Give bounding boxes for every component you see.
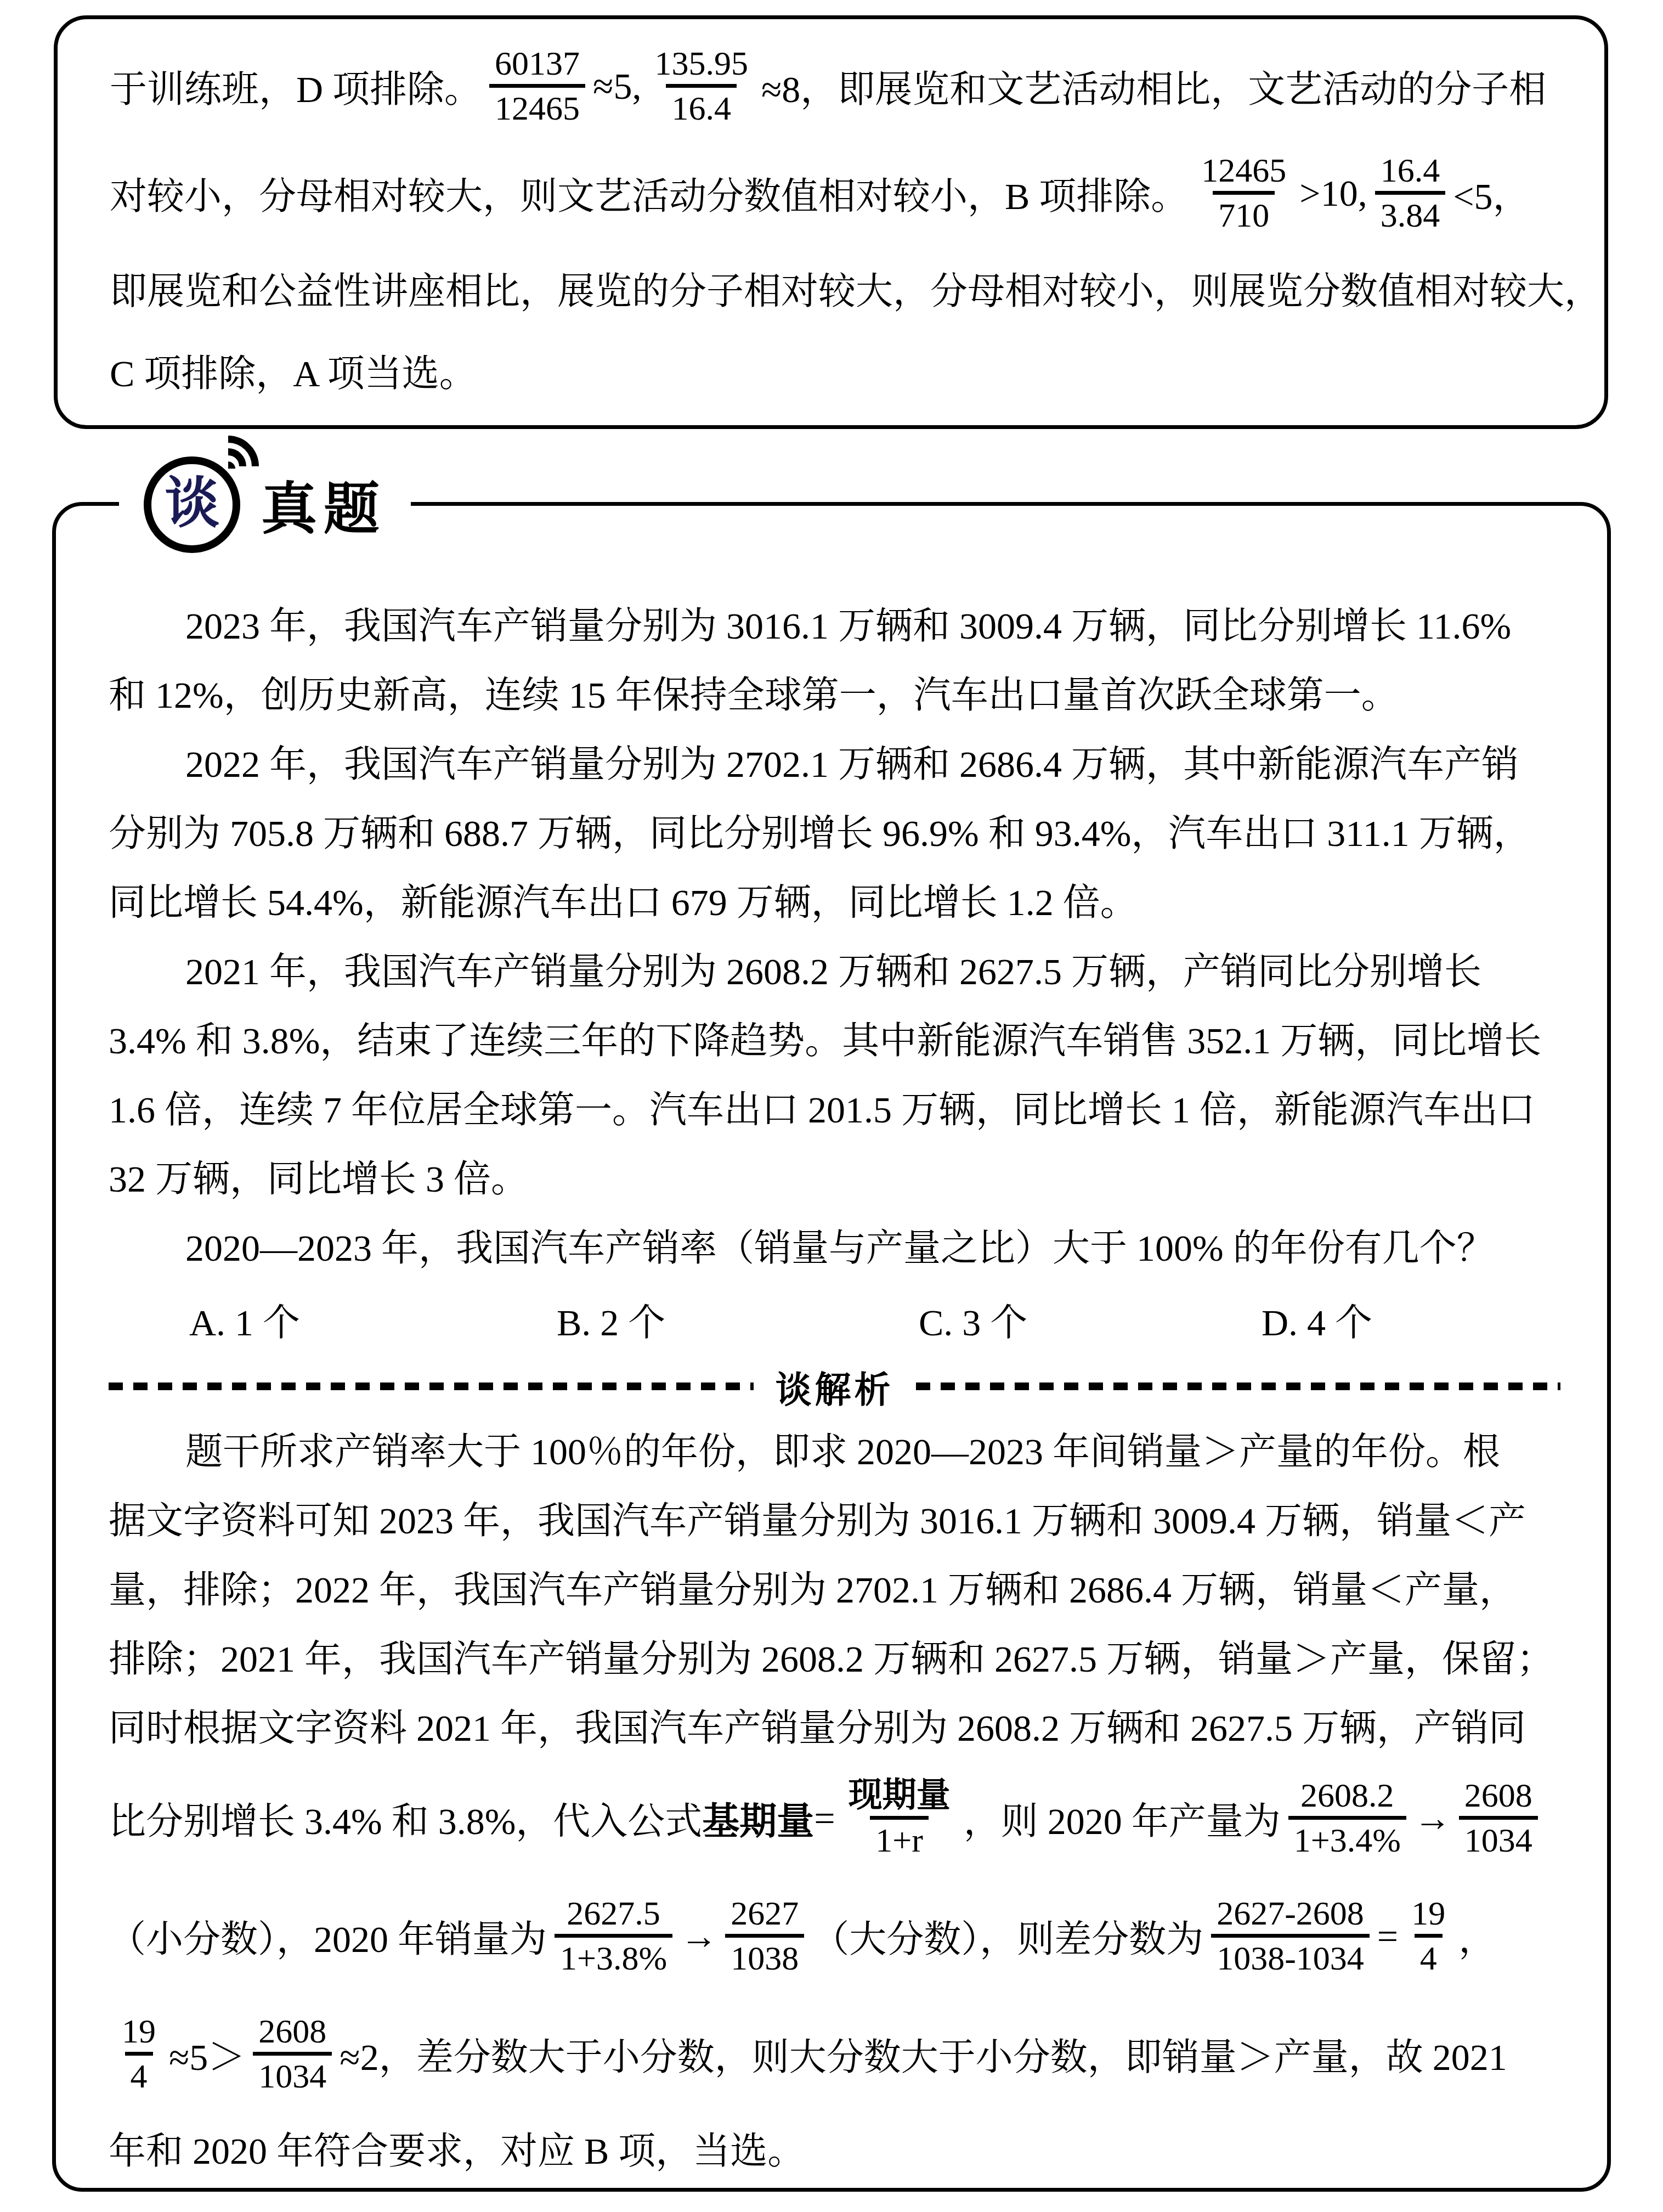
fraction: 12465710: [1196, 152, 1292, 235]
fraction-numerator: 19: [1406, 1895, 1451, 1934]
fraction: 194: [116, 2013, 161, 2096]
fraction-numerator: 2627.5: [561, 1895, 666, 1934]
fraction-denominator: 1+r: [870, 1816, 929, 1860]
section-body: 2023 年，我国汽车产销量分别为 3016.1 万辆和 3009.4 万辆，同…: [109, 588, 1560, 2182]
fraction-denominator: 12465: [489, 84, 585, 128]
text-segment: ≈8，即展览和文艺活动相比，文艺活动的分子相: [761, 60, 1546, 113]
text-line: 比分别增长 3.4% 和 3.8%，代入公式基期量=现期量1+r，则 2020 …: [109, 1759, 1560, 1877]
fraction-denominator: 1034: [1459, 1816, 1538, 1860]
text-segment: 比分别增长 3.4% 和 3.8%，代入公式: [109, 1792, 702, 1845]
fraction-denominator: 1+3.8%: [555, 1934, 672, 1978]
text-line: 32 万辆，同比增长 3 倍。: [109, 1141, 1560, 1210]
text-segment: 同比增长 54.4%，新能源汽车出口 679 万辆，同比增长 1.2 倍。: [109, 873, 1138, 926]
text-line: 分别为 705.8 万辆和 688.7 万辆，同比分别增长 96.9% 和 93…: [109, 795, 1560, 865]
fraction-numerator: 2608: [1459, 1777, 1538, 1816]
text-segment: 2020—2023 年，我国汽车产销率（销量与产量之比）大于 100% 的年份有…: [185, 1218, 1494, 1272]
text-line: 据文字资料可知 2023 年，我国汽车产销量分别为 3016.1 万辆和 300…: [109, 1483, 1560, 1552]
fraction-numerator: 现期量: [843, 1777, 956, 1816]
fraction: 2627-26081038-1034: [1211, 1895, 1370, 1978]
fraction-numerator: 12465: [1196, 152, 1292, 191]
text-segment: 基期量: [702, 1792, 814, 1845]
text-line: 3.4% 和 3.8%，结束了连续三年的下降趋势。其中新能源汽车销售 352.1…: [109, 1003, 1560, 1072]
section-header: 谈 真题: [119, 454, 411, 555]
text-segment: 排除；2021 年，我国汽车产销量分别为 2608.2 万辆和 2627.5 万…: [109, 1629, 1554, 1683]
text-segment: ≈5,: [593, 65, 641, 108]
text-segment: ，: [1458, 1910, 1496, 1963]
fraction-denominator: 1034: [253, 2052, 332, 2096]
text-segment: 据文字资料可知 2023 年，我国汽车产销量分别为 3016.1 万辆和 300…: [109, 1491, 1526, 1544]
text-segment: ，则 2020 年产量为: [964, 1792, 1281, 1845]
text-segment: 分别为 705.8 万辆和 688.7 万辆，同比分别增长 96.9% 和 93…: [109, 804, 1531, 857]
fraction-numerator: 19: [116, 2013, 161, 2052]
text-segment: =: [1377, 1915, 1398, 1958]
fraction: 26081034: [1459, 1777, 1538, 1860]
text-segment: 年和 2020 年符合要求，对应 B 项，当选。: [109, 2121, 805, 2175]
logo-character: 谈: [165, 476, 219, 531]
section-title: 真题: [261, 465, 386, 545]
fraction: 现期量1+r: [843, 1777, 956, 1860]
option-B: B. 2 个: [557, 1293, 665, 1346]
text-line: 于训练班，D 项排除。6013712465≈5,135.9516.4≈8，即展览…: [110, 33, 1560, 140]
text-segment: ≈2，差分数大于小分数，则大分数大于小分数，即销量＞产量，故 2021: [340, 2028, 1507, 2081]
text-segment: 32 万辆，同比增长 3 倍。: [109, 1149, 528, 1203]
text-line: 年和 2020 年符合要求，对应 B 项，当选。: [109, 2113, 1560, 2182]
fraction-numerator: 135.95: [649, 45, 754, 84]
fraction-denominator: 4: [125, 2052, 153, 2096]
text-line: 和 12%，创历史新高，连续 15 年保持全球第一，汽车出口量首次跃全球第一。: [109, 657, 1560, 726]
text-segment: =: [814, 1797, 835, 1840]
option-A: A. 1 个: [189, 1293, 300, 1346]
fraction-denominator: 1+3.4%: [1288, 1816, 1406, 1860]
text-segment: <5，: [1453, 167, 1530, 220]
text-segment: 1.6 倍，连续 7 年位居全球第一。汽车出口 201.5 万辆，同比增长 1 …: [109, 1080, 1535, 1133]
fraction-denominator: 1038: [725, 1934, 804, 1978]
text-line: 即展览和公益性讲座相比，展览的分子相对较大，分母相对较小，则展览分数值相对较大，: [110, 247, 1560, 329]
text-segment: →: [680, 1915, 717, 1958]
text-line: 对较小，分母相对较大，则文艺活动分数值相对较小，B 项排除。12465710>1…: [110, 140, 1560, 247]
scanned-textbook-page: { "box1": { "rows": [ {"k":"f","segs":[ …: [0, 0, 1663, 2212]
fraction: 2608.21+3.4%: [1288, 1777, 1406, 1860]
tan-logo-icon: 谈: [144, 456, 240, 553]
text-segment: 同时根据文字资料 2021 年，我国汽车产销量分别为 2608.2 万辆和 26…: [109, 1699, 1526, 1752]
previous-answer-box: 于训练班，D 项排除。6013712465≈5,135.9516.4≈8，即展览…: [54, 15, 1608, 429]
text-line: C 项排除，A 项当选。: [110, 329, 1560, 411]
fraction: 194: [1406, 1895, 1451, 1978]
divider-dash-left: [109, 1383, 754, 1390]
text-line: 排除；2021 年，我国汽车产销量分别为 2608.2 万辆和 2627.5 万…: [109, 1621, 1560, 1690]
text-segment: 3.4% 和 3.8%，结束了连续三年的下降趋势。其中新能源汽车销售 352.1…: [109, 1011, 1541, 1064]
text-line: 题干所求产销率大于 100％的年份，即求 2020—2023 年间销量＞产量的年…: [109, 1414, 1560, 1483]
text-segment: 2021 年，我国汽车产销量分别为 2608.2 万辆和 2627.5 万辆，产…: [185, 942, 1481, 995]
text-segment: 和 12%，创历史新高，连续 15 年保持全球第一，汽车出口量首次跃全球第一。: [109, 665, 1399, 719]
fraction-numerator: 2627: [725, 1895, 804, 1934]
text-segment: 2023 年，我国汽车产销量分别为 3016.1 万辆和 3009.4 万辆，同…: [185, 596, 1511, 650]
text-segment: C 项排除，A 项当选。: [110, 344, 477, 397]
option-C: C. 3 个: [919, 1293, 1027, 1346]
divider-label: 谈解析: [776, 1361, 894, 1413]
text-line: 2022 年，我国汽车产销量分别为 2702.1 万辆和 2686.4 万辆，其…: [109, 726, 1560, 795]
text-segment: 2022 年，我国汽车产销量分别为 2702.1 万辆和 2686.4 万辆，其…: [185, 735, 1519, 788]
fraction-numerator: 2608.2: [1295, 1777, 1400, 1816]
text-segment: 于训练班，D 项排除。: [110, 60, 482, 113]
fraction-numerator: 60137: [489, 45, 585, 84]
fraction-denominator: 1038-1034: [1211, 1934, 1370, 1978]
exam-question-box: 谈 真题 2023 年，我国汽车产销量分别为 3016.1 万辆和 3009.4…: [52, 502, 1611, 2192]
text-line: 量，排除；2022 年，我国汽车产销量分别为 2702.1 万辆和 2686.4…: [109, 1552, 1560, 1621]
text-segment: （大分数），则差分数为: [812, 1910, 1203, 1963]
text-segment: 即展览和公益性讲座相比，展览的分子相对较大，分母相对较小，则展览分数值相对较大，: [110, 262, 1602, 315]
divider-dash-right: [916, 1383, 1561, 1390]
option-D: D. 4 个: [1262, 1293, 1372, 1346]
fraction: 26271038: [725, 1895, 804, 1978]
text-line: 2020—2023 年，我国汽车产销率（销量与产量之比）大于 100% 的年份有…: [109, 1210, 1560, 1279]
text-line: 194≈5＞26081034≈2，差分数大于小分数，则大分数大于小分数，即销量＞…: [109, 1995, 1560, 2113]
text-line: 同时根据文字资料 2021 年，我国汽车产销量分别为 2608.2 万辆和 26…: [109, 1690, 1560, 1759]
text-segment: →: [1414, 1797, 1451, 1840]
options-row: A. 1 个B. 2 个C. 3 个D. 4 个: [109, 1279, 1560, 1359]
fraction-denominator: 3.84: [1375, 191, 1446, 235]
fraction: 6013712465: [489, 45, 585, 128]
fraction: 135.9516.4: [649, 45, 754, 128]
fraction-denominator: 16.4: [666, 84, 737, 128]
fraction-denominator: 710: [1213, 191, 1275, 235]
text-segment: >10,: [1299, 172, 1367, 215]
fraction: 2627.51+3.8%: [555, 1895, 672, 1978]
text-segment: 对较小，分母相对较大，则文艺活动分数值相对较小，B 项排除。: [110, 167, 1188, 220]
fraction-numerator: 2627-2608: [1211, 1895, 1370, 1934]
fraction-denominator: 4: [1415, 1934, 1443, 1978]
analysis-divider: 谈解析: [109, 1359, 1560, 1414]
text-segment: （小分数），2020 年销量为: [109, 1910, 547, 1963]
fraction: 16.43.84: [1375, 152, 1446, 235]
text-line: 2021 年，我国汽车产销量分别为 2608.2 万辆和 2627.5 万辆，产…: [109, 934, 1560, 1003]
text-line: 同比增长 54.4%，新能源汽车出口 679 万辆，同比增长 1.2 倍。: [109, 865, 1560, 934]
text-line: 1.6 倍，连续 7 年位居全球第一。汽车出口 201.5 万辆，同比增长 1 …: [109, 1072, 1560, 1141]
text-segment: 量，排除；2022 年，我国汽车产销量分别为 2702.1 万辆和 2686.4…: [109, 1560, 1517, 1613]
fraction-numerator: 16.4: [1375, 152, 1446, 191]
fraction-numerator: 2608: [253, 2013, 332, 2052]
text-segment: 题干所求产销率大于 100％的年份，即求 2020—2023 年间销量＞产量的年…: [185, 1422, 1500, 1475]
text-segment: ≈5＞: [169, 2028, 245, 2081]
text-line: （小分数），2020 年销量为2627.51+3.8%→26271038（大分数…: [109, 1877, 1560, 1995]
text-line: 2023 年，我国汽车产销量分别为 3016.1 万辆和 3009.4 万辆，同…: [109, 588, 1560, 657]
fraction: 26081034: [253, 2013, 332, 2096]
